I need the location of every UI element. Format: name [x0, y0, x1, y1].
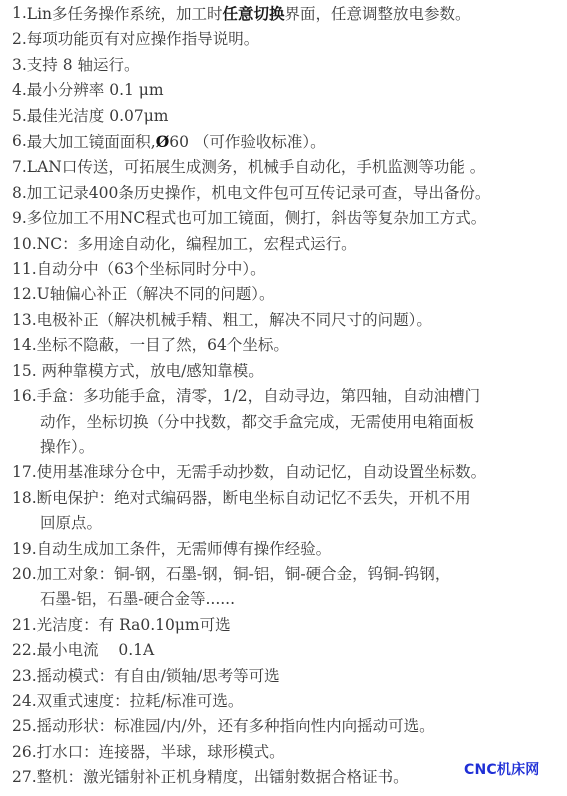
item-number: 13.	[12, 308, 37, 333]
list-item-18-continuation: 回原点。	[12, 511, 564, 536]
item-text: 手盒：多功能手盒，清零，1/2，自动寻边，第四轴，自动油槽门	[37, 384, 564, 409]
item-number: 27.	[12, 765, 37, 790]
list-item-20-continuation: 石墨-铝，石墨-硬合金等......	[12, 587, 564, 612]
item-text: 加工对象：铜-钢，石墨-钢，铜-铝，铜-硬合金，钨铜-钨钢，	[37, 562, 564, 587]
list-item-4: 4. 最小分辨率 0.1 μm	[12, 78, 564, 103]
item-number: 21.	[12, 613, 37, 638]
list-item-8: 8. 加工记录400条历史操作，机电文件包可互传记录可查，导出备份。	[12, 181, 564, 206]
item-text: NC：多用途自动化，编程加工，宏程式运行。	[37, 232, 564, 257]
item-text: 加工记录400条历史操作，机电文件包可互传记录可查，导出备份。	[27, 181, 564, 206]
item-number: 12.	[12, 282, 37, 307]
item-number: 22.	[12, 638, 37, 663]
list-item-1: 1. Lin多任务操作系统，加工时任意切换界面，任意调整放电参数。	[12, 1, 564, 27]
item-text: 自动分中（63个坐标同时分中）。	[37, 257, 564, 282]
list-item-18: 18. 断电保护：绝对式编码器，断电坐标自动记忆不丢失，开机不用	[12, 486, 564, 511]
item-text-pre: 最大加工镜面面积,	[27, 133, 156, 151]
item-number: 6.	[12, 129, 27, 155]
item-number: 25.	[12, 714, 37, 739]
item-number: 18.	[12, 486, 37, 511]
item-number: 15.	[12, 359, 37, 384]
item-number: 5.	[12, 104, 27, 129]
watermark-logo: CNC机床网	[464, 759, 539, 779]
item-text: 支持 8 轴运行。	[27, 53, 564, 78]
list-item-10: 10. NC：多用途自动化，编程加工，宏程式运行。	[12, 232, 564, 257]
item-text: 光洁度：有 Ra0.10μm可选	[37, 613, 564, 638]
item-number: 16.	[12, 384, 37, 409]
item-number: 26.	[12, 740, 37, 765]
item-text: 断电保护：绝对式编码器，断电坐标自动记忆不丢失，开机不用	[37, 486, 564, 511]
list-item-12: 12. U轴偏心补正（解决不同的问题）。	[12, 282, 564, 307]
list-item-15: 15. 两种靠模方式，放电/感知靠模。	[12, 359, 564, 384]
diameter-symbol-icon: Ø	[156, 132, 170, 151]
item-number: 23.	[12, 664, 37, 689]
list-item-2: 2. 每项功能页有对应操作指导说明。	[12, 27, 564, 52]
item-text: 电极补正（解决机械手精、粗工，解决不同尺寸的问题）。	[37, 308, 564, 333]
list-item-16: 16. 手盒：多功能手盒，清零，1/2，自动寻边，第四轴，自动油槽门	[12, 384, 564, 409]
list-item-13: 13. 电极补正（解决机械手精、粗工，解决不同尺寸的问题）。	[12, 308, 564, 333]
item-text: 坐标不隐蔽，一目了然，64个坐标。	[37, 333, 564, 358]
list-item-9: 9. 多位加工不用NC程式也可加工镜面，侧打，斜齿等复杂加工方式。	[12, 206, 564, 231]
list-item-23: 23. 摇动模式：有自由/锁轴/思考等可选	[12, 664, 564, 689]
list-item-16-continuation: 操作）。	[12, 435, 564, 460]
item-text: 摇动形状：标准园/内/外，还有多种指向性内向摇动可选。	[37, 714, 564, 739]
item-text: 双重式速度：拉耗/标准可选。	[37, 689, 564, 714]
item-text: 多位加工不用NC程式也可加工镜面，侧打，斜齿等复杂加工方式。	[27, 206, 564, 231]
list-item-6: 6. 最大加工镜面面积,Ø60 （可作验收标准）。	[12, 129, 564, 155]
item-number: 17.	[12, 460, 37, 485]
item-text: 最小分辨率 0.1 μm	[27, 78, 564, 103]
list-item-20: 20. 加工对象：铜-钢，石墨-钢，铜-铝，铜-硬合金，钨铜-钨钢，	[12, 562, 564, 587]
list-item-24: 24. 双重式速度：拉耗/标准可选。	[12, 689, 564, 714]
item-text: 使用基准球分仓中，无需手动抄数，自动记忆，自动设置坐标数。	[37, 460, 564, 485]
item-number: 24.	[12, 689, 37, 714]
item-number: 4.	[12, 78, 27, 103]
item-number: 7.	[12, 155, 27, 180]
list-item-25: 25. 摇动形状：标准园/内/外，还有多种指向性内向摇动可选。	[12, 714, 564, 739]
item-number: 3.	[12, 53, 27, 78]
item-text: 自动生成加工条件，无需师傅有操作经验。	[37, 537, 564, 562]
item-number: 1.	[12, 1, 27, 27]
list-item-19: 19. 自动生成加工条件，无需师傅有操作经验。	[12, 537, 564, 562]
item-text-post: 60 （可作验收标准）。	[169, 133, 325, 151]
item-number: 2.	[12, 27, 27, 52]
item-number: 9.	[12, 206, 27, 231]
item-text: 摇动模式：有自由/锁轴/思考等可选	[37, 664, 564, 689]
item-number: 10.	[12, 232, 37, 257]
item-number: 11.	[12, 257, 37, 282]
item-text: 最小电流 0.1A	[37, 638, 564, 663]
list-item-11: 11. 自动分中（63个坐标同时分中）。	[12, 257, 564, 282]
item-number: 20.	[12, 562, 37, 587]
item-text: Lin多任务操作系统，加工时任意切换界面，任意调整放电参数。	[27, 1, 564, 27]
item-number: 14.	[12, 333, 37, 358]
item-text: 两种靠模方式，放电/感知靠模。	[37, 359, 564, 384]
list-item-22: 22. 最小电流 0.1A	[12, 638, 564, 663]
item-text-pre: Lin多任务操作系统，加工时	[27, 5, 223, 23]
list-item-7: 7. LAN口传送，可拓展生成测务，机械手自动化，手机监测等功能 。	[12, 155, 564, 180]
item-number: 19.	[12, 537, 37, 562]
list-item-21: 21. 光洁度：有 Ra0.10μm可选	[12, 613, 564, 638]
item-text: 每项功能页有对应操作指导说明。	[27, 27, 564, 52]
item-text-emphasis: 任意切换	[223, 4, 285, 23]
list-item-17: 17. 使用基准球分仓中，无需手动抄数，自动记忆，自动设置坐标数。	[12, 460, 564, 485]
item-text: U轴偏心补正（解决不同的问题）。	[37, 282, 564, 307]
item-text: 最佳光洁度 0.07μm	[27, 104, 564, 129]
item-text: 最大加工镜面面积,Ø60 （可作验收标准）。	[27, 129, 564, 155]
list-item-5: 5. 最佳光洁度 0.07μm	[12, 104, 564, 129]
list-item-16-continuation: 动作，坐标切换（分中找数，都交手盒完成，无需使用电箱面板	[12, 410, 564, 435]
item-text-post: 界面，任意调整放电参数。	[285, 5, 471, 23]
list-item-3: 3. 支持 8 轴运行。	[12, 53, 564, 78]
item-text: LAN口传送，可拓展生成测务，机械手自动化，手机监测等功能 。	[27, 155, 564, 180]
list-item-14: 14. 坐标不隐蔽，一目了然，64个坐标。	[12, 333, 564, 358]
feature-list: 1. Lin多任务操作系统，加工时任意切换界面，任意调整放电参数。 2. 每项功…	[12, 1, 564, 791]
item-number: 8.	[12, 181, 27, 206]
